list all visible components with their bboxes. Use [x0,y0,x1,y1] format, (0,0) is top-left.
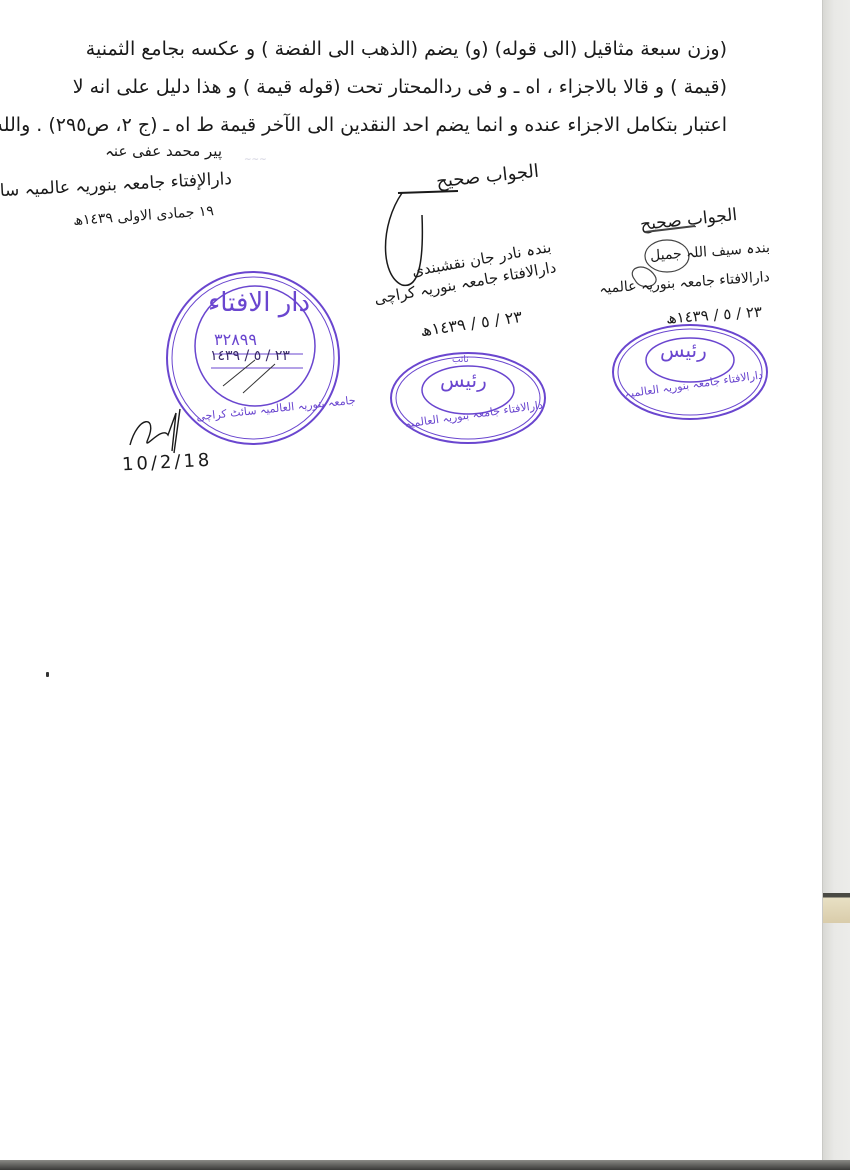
fatwa-body-line-2: (قيمة ) و قالا بالاجزاء ، اه ـ و فى ردال… [73,76,727,98]
handwritten-date: 10/2/18 [122,450,213,476]
endorsement-1-date: ٢٣ / ٥ / ١٤٣٩ھ [419,307,523,340]
author-institution: دارالإفتاء جامعہ بنوریہ عالمیہ سائٹ کراچ… [0,168,232,205]
faint-ink-mark: ~~~ [244,155,267,165]
endorsement-1-stamp-subtitle: نائب [452,355,469,365]
round-stamp-title: دار الافتاء [208,288,310,318]
scanner-bed-strip [823,893,850,923]
scanner-bottom-edge [0,1160,850,1170]
author-date: ١٩ جمادی الاولی ١٤٣٩ھ [73,203,215,229]
scanner-bed-edge [822,0,850,1163]
author-name: پیر محمد عفی عنہ [105,142,222,160]
scan-speck [46,672,49,677]
endorsement-1-stamp-title: رئیس [440,368,487,392]
round-stamp-serial: ٣٢٨٩٩ [214,330,257,349]
fatwa-body-line-3: اعتبار بتكامل الاجزاء عنده و انما يضم اح… [0,114,727,136]
endorsement-2-stamp-title: رئیس [660,338,707,362]
round-stamp-date: ٢٣ / ٥ / ١٤٣٩ [210,348,290,364]
document-page: (وزن سبعة مثاقيل (الى قوله) (و) يضم (الذ… [0,0,822,1163]
fatwa-body-line-1: (وزن سبعة مثاقيل (الى قوله) (و) يضم (الذ… [86,38,727,60]
